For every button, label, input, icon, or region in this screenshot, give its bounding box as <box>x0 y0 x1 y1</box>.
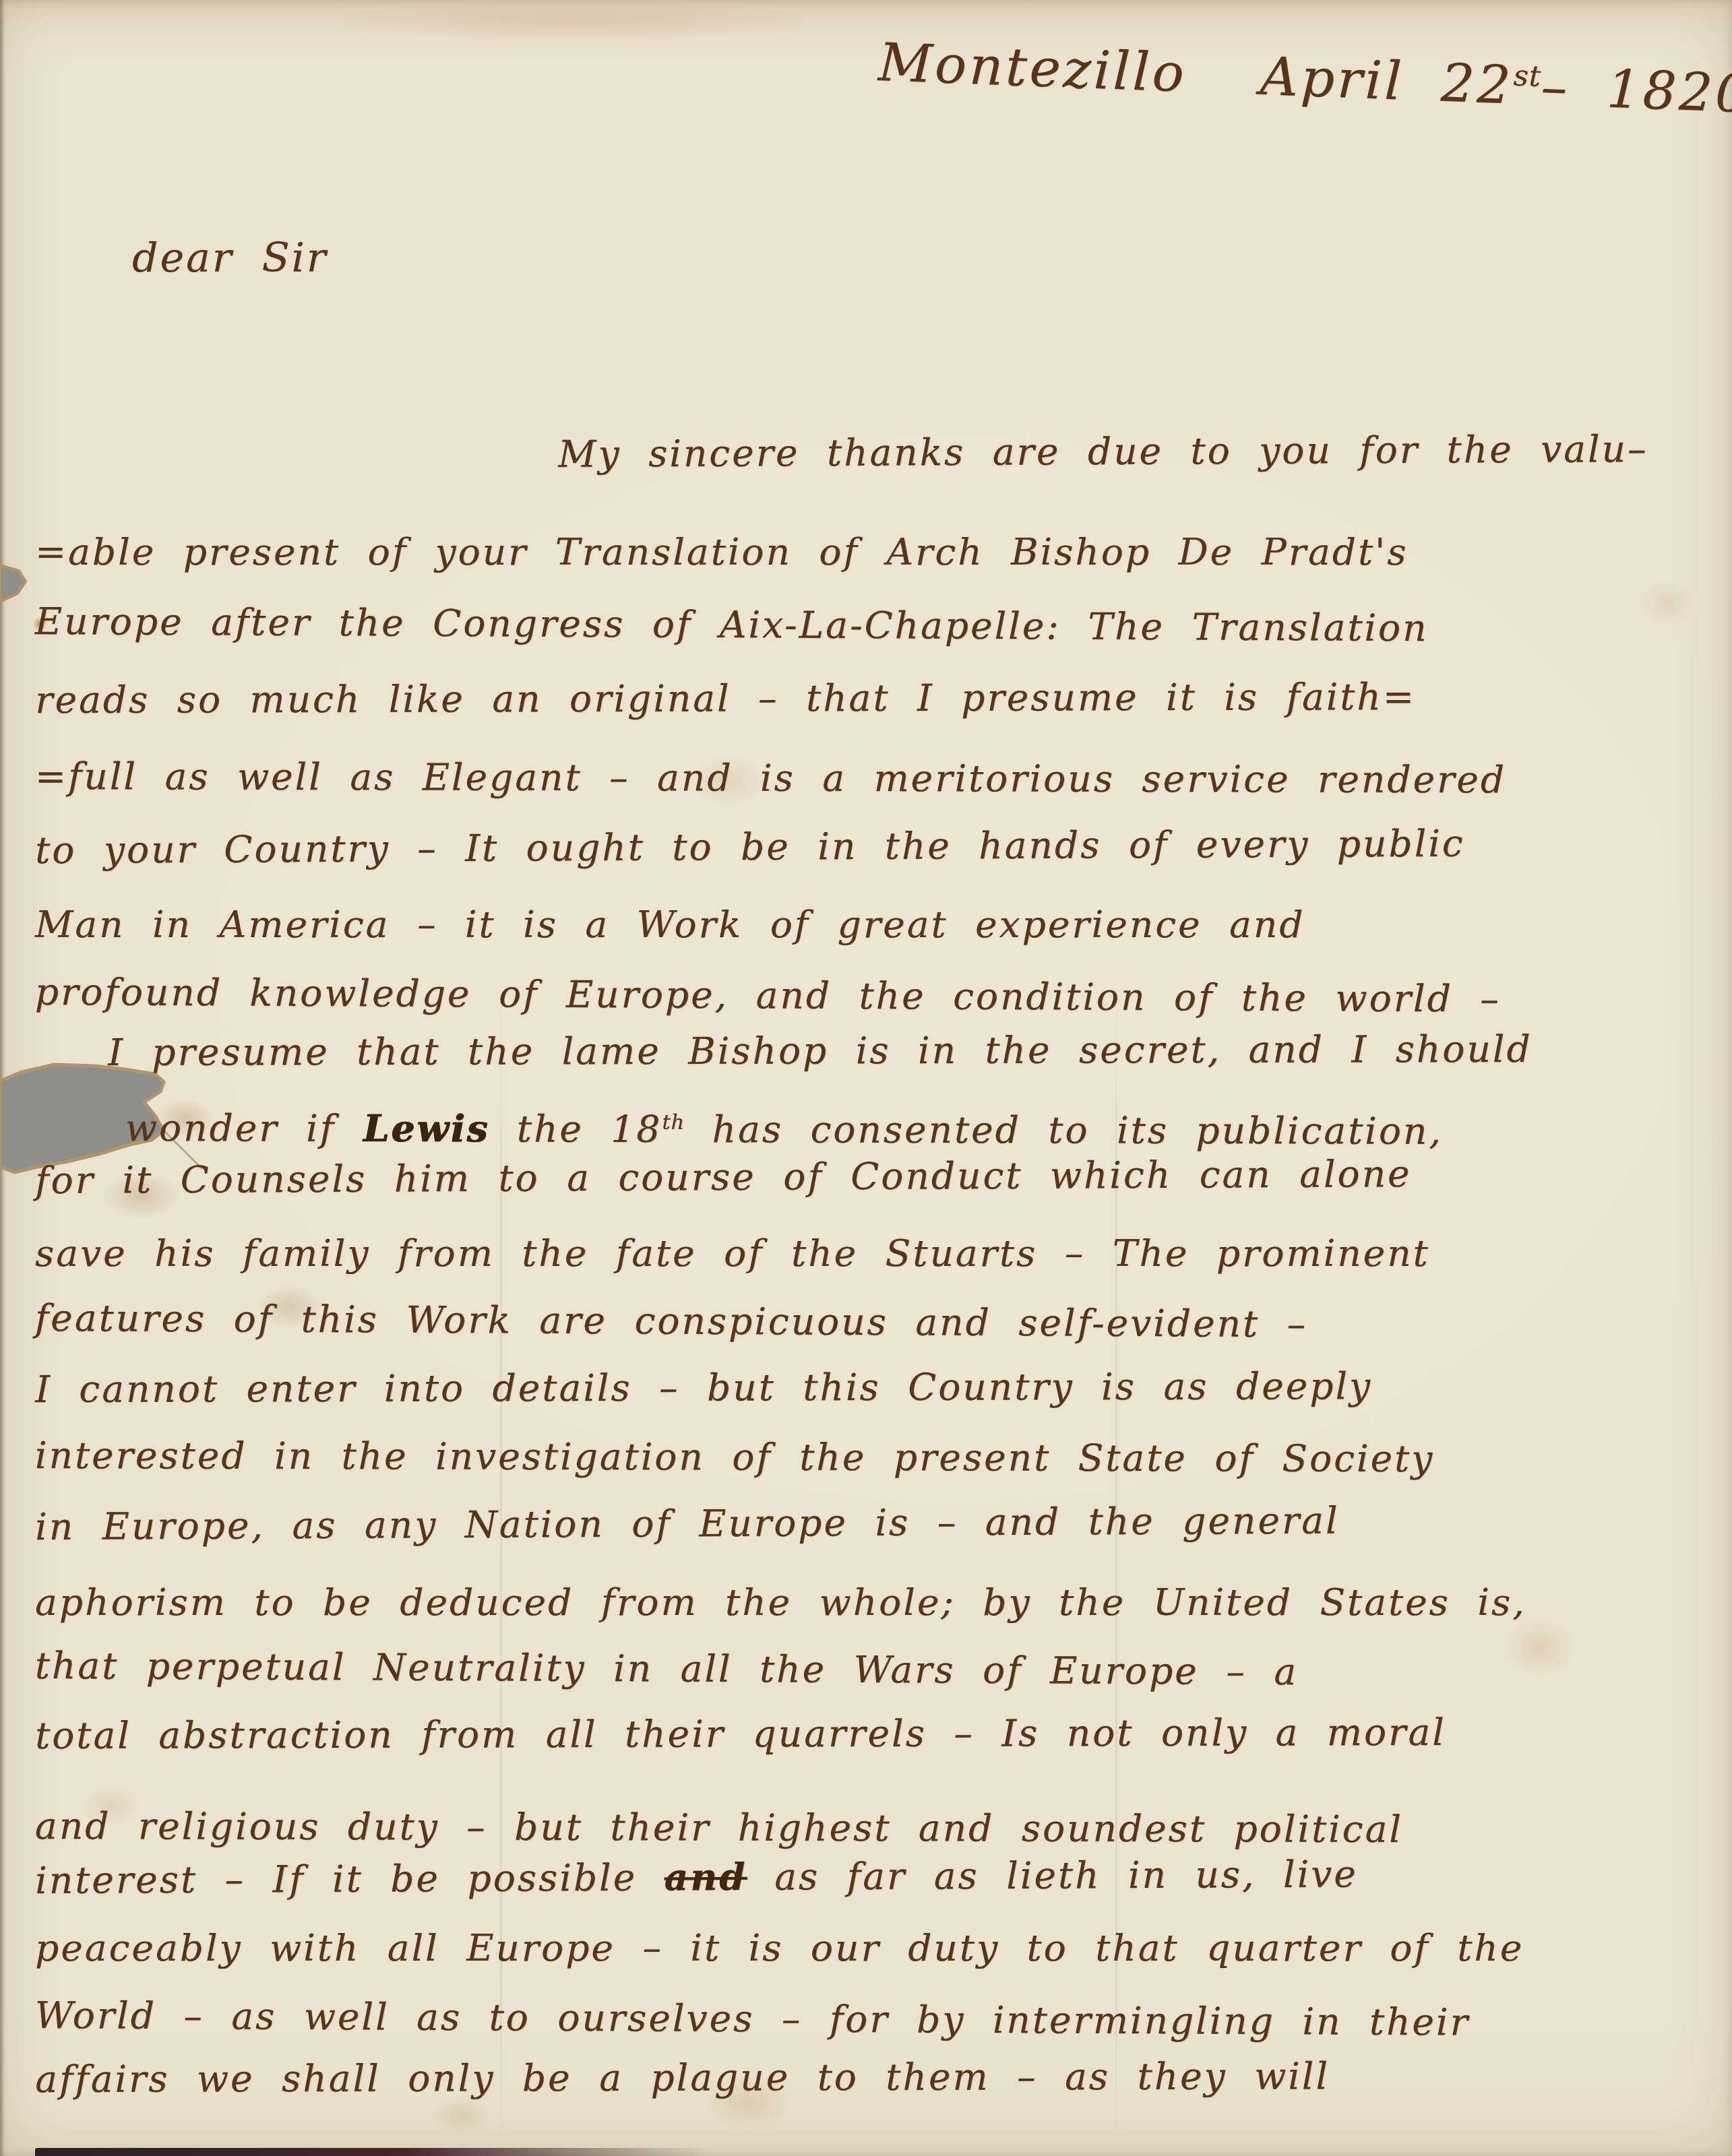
dateline-place: Montezillo <box>877 32 1187 104</box>
scan-edge-strip <box>35 2148 709 2156</box>
line-text: wonder if <box>125 1106 363 1150</box>
line-text: and religious duty – but their highest a… <box>35 1804 1403 1851</box>
dateline-space <box>1185 44 1262 107</box>
letter-line: I cannot enter into details – but this C… <box>35 1363 1372 1413</box>
line-text: World – as well as to ourselves – for by… <box>35 1994 1470 2043</box>
letter-line: =full as well as Elegant – and is a meri… <box>35 753 1506 803</box>
paper-stain <box>1503 1617 1577 1678</box>
letter-line: peaceably with all Europe – it is our du… <box>35 1925 1524 1971</box>
letter-line: features of this Work are conspicuous an… <box>35 1295 1308 1347</box>
letter-line: profound knowledge of Europe, and the co… <box>35 969 1501 1022</box>
paper-stain <box>1638 579 1698 627</box>
line-text: profound knowledge of Europe, and the co… <box>35 970 1501 1021</box>
line-text: reads so much like an original – that I … <box>35 675 1416 722</box>
line-text: affairs we shall only be a plague to the… <box>35 2054 1330 2101</box>
paper-stain <box>337 0 809 40</box>
line-text: to your Country – It ought to be in the … <box>35 822 1465 872</box>
line-text: I cannot enter into details – but this C… <box>35 1364 1372 1411</box>
dateline: Montezillo April 22st– 1820 <box>877 32 1732 125</box>
dateline-dash: – <box>1540 57 1571 119</box>
line-text: interest – If it be possible <box>35 1856 664 1902</box>
letter-line: aphorism to be deduced from the whole; b… <box>35 1579 1526 1626</box>
line-text: =full as well as Elegant – and is a meri… <box>35 755 1506 801</box>
dateline-space <box>1569 58 1608 120</box>
fold-crease <box>500 977 502 2156</box>
dateline-ordinal-suffix: st <box>1513 59 1542 94</box>
letter-line: wonder if Lewis the 18th has consented t… <box>125 1105 1443 1155</box>
letter-line: affairs we shall only be a plague to the… <box>35 2053 1330 2102</box>
letter-line: to your Country – It ought to be in the … <box>35 821 1465 874</box>
line-text: in Europe, as any Nation of Europe is – … <box>35 1499 1340 1548</box>
letter-line: =able present of your Translation of Arc… <box>35 529 1408 575</box>
line-text: peaceably with all Europe – it is our du… <box>35 1926 1524 1969</box>
dateline-date: April 22 <box>1259 46 1514 117</box>
salutation: dear Sir <box>132 234 328 282</box>
line-text: the 18 <box>489 1107 662 1151</box>
line-text: Europe after the Congress of Aix-La-Chap… <box>35 600 1429 649</box>
line-text: Man in America – it is a Work of great e… <box>35 903 1305 946</box>
line-text: th <box>662 1111 685 1135</box>
letter-line: for it Counsels him to a course of Condu… <box>35 1151 1412 1204</box>
line-text: total abstraction from all their quarrel… <box>35 1711 1446 1757</box>
letter-line: and religious duty – but their highest a… <box>35 1803 1403 1853</box>
line-text: as far as lieth in us, live <box>747 1852 1358 1898</box>
struck-word: and <box>664 1855 747 1899</box>
dateline-year: 1820 <box>1606 59 1732 125</box>
line-text: features of this Work are conspicuous an… <box>35 1296 1308 1345</box>
letter-line: total abstraction from all their quarrel… <box>35 1709 1446 1759</box>
line-text: that perpetual Neutrality in all the War… <box>35 1644 1298 1693</box>
letter-line: in Europe, as any Nation of Europe is – … <box>35 1498 1340 1550</box>
letter-line: My sincere thanks are due to you for the… <box>558 426 1648 478</box>
line-text: My sincere thanks are due to you for the… <box>558 427 1648 476</box>
letter-line: interest – If it be possible and as far … <box>35 1851 1358 1903</box>
line-text: has consented to its publication, <box>685 1108 1443 1153</box>
line-text: for it Counsels him to a course of Condu… <box>35 1152 1412 1202</box>
paper-left-edge <box>0 0 5 2156</box>
letter-page: Montezillo April 22st– 1820 dear Sir My … <box>0 0 1732 2156</box>
line-text: interested in the investigation of the p… <box>35 1434 1434 1480</box>
line-text: =able present of your Translation of Arc… <box>35 530 1408 573</box>
line-text: I presume that the lame Bishop is in the… <box>108 1027 1533 1074</box>
letter-line: interested in the investigation of the p… <box>35 1432 1434 1482</box>
line-text: aphorism to be deduced from the whole; b… <box>35 1581 1526 1624</box>
letter-line: World – as well as to ourselves – for by… <box>35 1992 1470 2046</box>
letter-line: I presume that the lame Bishop is in the… <box>108 1026 1533 1076</box>
letter-line: save his family from the fate of the Stu… <box>35 1230 1430 1277</box>
overwritten-word: Lewis <box>363 1106 489 1150</box>
line-text: save his family from the fate of the Stu… <box>35 1232 1430 1275</box>
letter-line: that perpetual Neutrality in all the War… <box>35 1643 1299 1695</box>
letter-line: reads so much like an original – that I … <box>35 674 1416 724</box>
letter-line: Europe after the Congress of Aix-La-Chap… <box>35 598 1429 652</box>
letter-line: Man in America – it is a Work of great e… <box>35 901 1305 948</box>
